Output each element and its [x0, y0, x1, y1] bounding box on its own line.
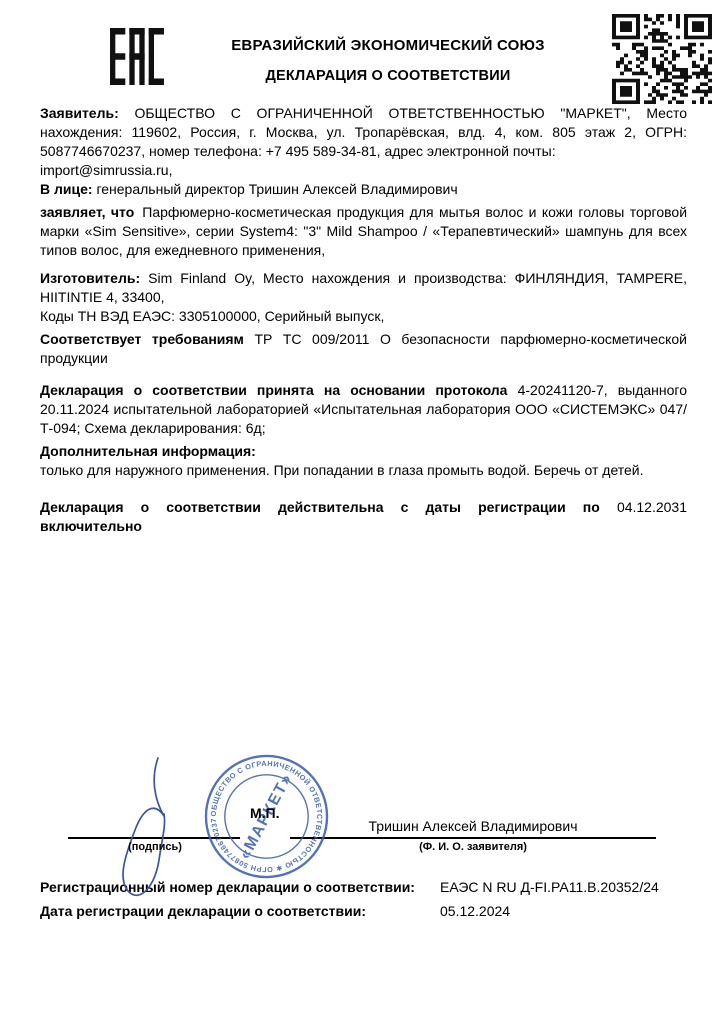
- applicant-text: ОБЩЕСТВО С ОГРАНИЧЕННОЙ ОТВЕТСТВЕННОСТЬЮ…: [40, 105, 687, 159]
- registration-date-label: Дата регистрации декларации о соответств…: [40, 903, 440, 920]
- stamp-place-label: М.П.: [250, 805, 280, 821]
- registration-date-value: 05.12.2024: [440, 903, 687, 920]
- conforms-label: Соответствует требованиям: [40, 331, 244, 347]
- declares-text: Парфюмерно-косметическая продукция для м…: [40, 204, 687, 258]
- codes-paragraph: Коды ТН ВЭД ЕАЭС: 3305100000, Серийный в…: [40, 307, 687, 326]
- validity-label: Декларация о соответствии действительна …: [40, 499, 600, 515]
- union-title: ЕВРАЗИЙСКИЙ ЭКОНОМИЧЕСКИЙ СОЮЗ: [164, 37, 612, 54]
- additional-label: Дополнительная информация:: [40, 443, 256, 459]
- applicant-email: import@simrussia.ru,: [40, 162, 172, 178]
- declares-paragraph: заявляет, чтоПарфюмерно-косметическая пр…: [40, 203, 687, 260]
- fio-caption: (Ф. И. О. заявителя): [290, 841, 656, 853]
- validity-suffix: включительно: [40, 518, 142, 534]
- validity-date: 04.12.2031: [617, 499, 687, 515]
- applicant-fio: Тришин Алексей Владимирович: [290, 818, 656, 834]
- eac-mark-icon: [110, 28, 164, 85]
- handwritten-signature: [110, 752, 200, 902]
- qr-code-icon: [612, 14, 712, 104]
- manufacturer-label: Изготовитель:: [40, 270, 140, 286]
- additional-text: только для наружного применения. При поп…: [40, 462, 644, 478]
- registration-date-row: Дата регистрации декларации о соответств…: [40, 903, 687, 920]
- declaration-document: ЕВРАЗИЙСКИЙ ЭКОНОМИЧЕСКИЙ СОЮЗ ДЕКЛАРАЦИ…: [0, 0, 724, 1024]
- person-label: В лице:: [40, 181, 93, 197]
- additional-info-paragraph: Дополнительная информация:только для нар…: [40, 442, 687, 480]
- doc-title: ДЕКЛАРАЦИЯ О СООТВЕТСТВИИ: [164, 68, 612, 84]
- declares-label: заявляет, что: [40, 204, 134, 220]
- codes-text: Коды ТН ВЭД ЕАЭС: 3305100000, Серийный в…: [40, 308, 384, 324]
- registration-number-value: ЕАЭС N RU Д-FI.РА11.В.20352/24: [440, 879, 687, 896]
- document-header: ЕВРАЗИЙСКИЙ ЭКОНОМИЧЕСКИЙ СОЮЗ ДЕКЛАРАЦИ…: [164, 37, 612, 84]
- document-body: Заявитель: ОБЩЕСТВО С ОГРАНИЧЕННОЙ ОТВЕТ…: [40, 104, 687, 536]
- manufacturer-paragraph: Изготовитель: Sim Finland Oy, Место нахо…: [40, 269, 687, 307]
- validity-paragraph: Декларация о соответствии действительна …: [40, 498, 687, 536]
- person-text: генеральный директор Тришин Алексей Влад…: [96, 181, 457, 197]
- basis-label: Декларация о соответствии принята на осн…: [40, 382, 507, 398]
- applicant-paragraph: Заявитель: ОБЩЕСТВО С ОГРАНИЧЕННОЙ ОТВЕТ…: [40, 104, 687, 180]
- conforms-paragraph: Соответствует требованиям ТР ТС 009/2011…: [40, 330, 687, 368]
- basis-paragraph: Декларация о соответствии принята на осн…: [40, 381, 687, 438]
- fio-line: [290, 837, 656, 839]
- registration-number-label: Регистрационный номер декларации о соотв…: [40, 879, 440, 896]
- person-paragraph: В лице: генеральный директор Тришин Алек…: [40, 180, 687, 199]
- signature-caption: (подпись): [80, 841, 230, 853]
- applicant-label: Заявитель:: [40, 105, 119, 121]
